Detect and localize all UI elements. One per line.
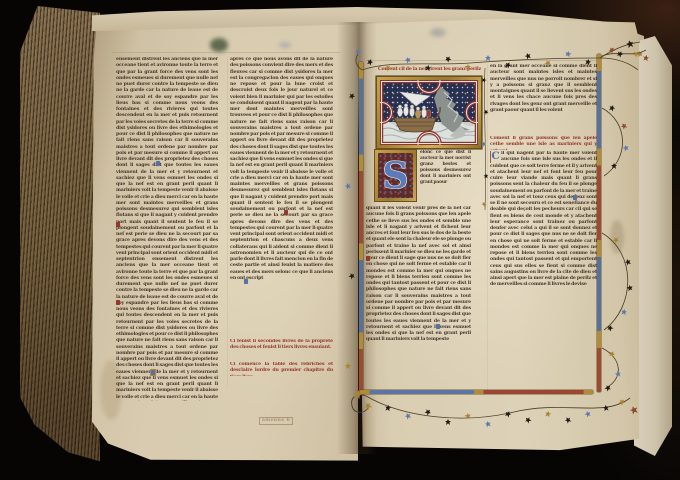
left-page-column-2: apres ce que nous avons dit de la nature… <box>230 57 333 333</box>
illuminated-initial: S <box>374 149 417 202</box>
left-page-column-1: ensement distrent les anciens que la mer… <box>116 57 218 401</box>
pen-initial <box>244 279 248 284</box>
explicit-rubric: Ci fenist li secondes livres de la propr… <box>230 339 333 353</box>
ruling-line <box>227 57 228 387</box>
incipit-rubric: Ci comence la table des rebriches et des… <box>230 362 333 376</box>
pen-initial <box>366 256 370 261</box>
stamp-ticks-bottom: · · · · <box>265 425 287 429</box>
foliate-ground: S <box>378 153 413 198</box>
book-fore-edge-left <box>20 6 100 466</box>
right-page-column-1: quant il les voient venir pres de la nef… <box>366 206 471 389</box>
miniature-starry-field <box>380 80 478 145</box>
manuscript-photo: ensement distrent les anciens que la mer… <box>0 0 680 480</box>
pen-initial <box>150 369 156 376</box>
right-page-column-2: Cil qui nagent par la haute mer voient a… <box>490 151 597 389</box>
right-page-col1-beside-initial: elonc ce que dist li aucteur la mer norr… <box>420 150 471 203</box>
quatrefoil-frame <box>380 80 478 145</box>
blue-smudge <box>279 42 291 48</box>
pen-initial <box>116 300 120 305</box>
pen-initial <box>284 210 288 215</box>
miniature-painting <box>376 76 482 149</box>
pen-initial <box>116 222 120 227</box>
pen-initial <box>436 324 440 329</box>
ivy-vine-bottom <box>344 384 644 438</box>
lombard-initial: C <box>490 151 500 163</box>
ivy-vine-right-margin <box>598 48 650 428</box>
column-text: il qui nagent par la haute mer voient au… <box>490 151 597 287</box>
pen-initial <box>156 161 160 166</box>
ruling-line <box>112 52 340 53</box>
chapter-rubric: Coment li grans poissons que len apele c… <box>490 136 597 150</box>
pen-initial <box>573 195 577 200</box>
library-stamp: · · · · amenne b · · · · <box>252 412 300 429</box>
ivy-sprigs-gutter <box>336 66 360 396</box>
paint-offset-stain <box>210 38 228 52</box>
ivy-sprigs-intercolumn <box>479 64 491 214</box>
initial-letter: S <box>383 158 409 194</box>
